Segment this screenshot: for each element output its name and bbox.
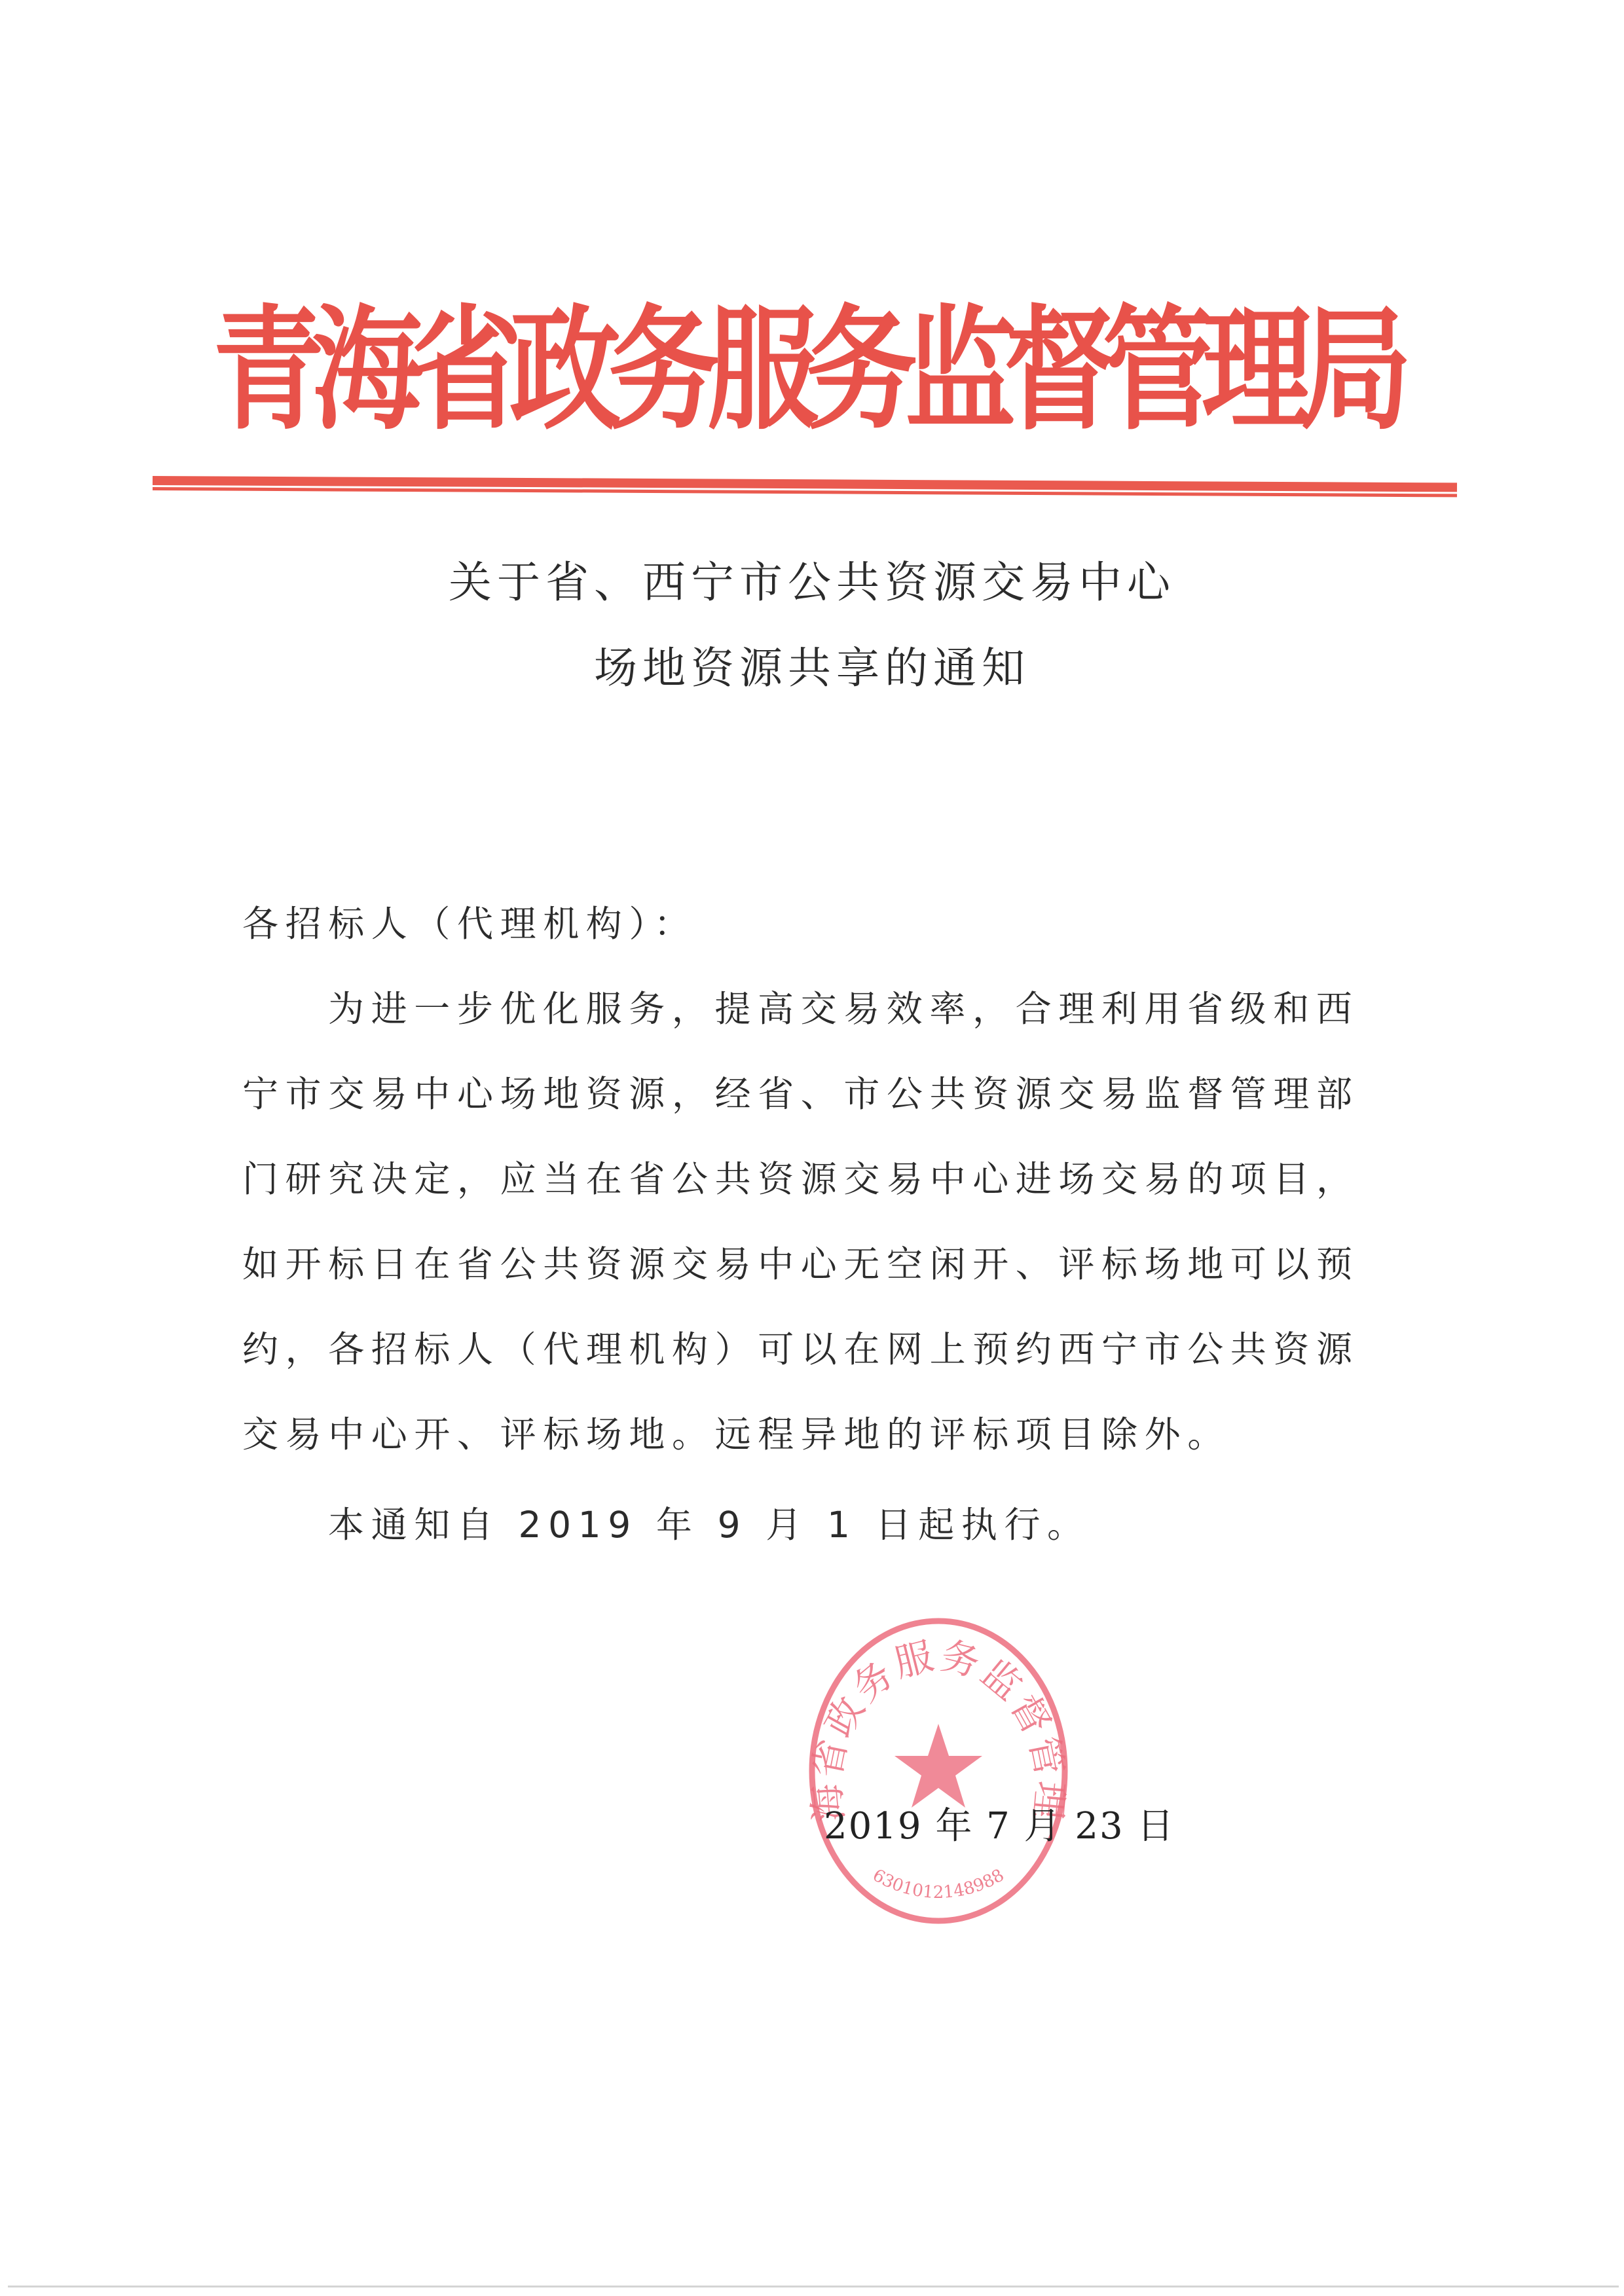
body-line: 约，各招标人（代理机构）可以在网上预约西宁市公共资源 (242, 1307, 1369, 1392)
body-line: 门研究决定，应当在省公共资源交易中心进场交易的项目， (242, 1137, 1369, 1222)
issue-date: 2019 年 7 月 23 日 (824, 1797, 1175, 1850)
body-line: 为进一步优化服务，提高交易效率，合理利用省级和西 (242, 966, 1369, 1051)
salutation: 各招标人（代理机构）： (242, 881, 1369, 966)
letterhead-char: 政 (509, 283, 608, 456)
body-line: 交易中心开、评标场地。远程异地的评标项目除外。 (242, 1392, 1369, 1477)
letterhead-issuer: 青 海 省 政 务 服 务 监 督 管 理 局 (213, 298, 1398, 442)
effective-date-notice: 本通知自 2019 年 9 月 1 日起执行。 (242, 1482, 1369, 1567)
seal-ring-text: 青海省政务服务监督管理局 (807, 1616, 1070, 1824)
body-line: 宁市交易中心场地资源，经省、市公共资源交易监督管理部 (242, 1051, 1369, 1137)
letterhead-char: 局 (1301, 283, 1399, 456)
seal-code: 6301012148988 (869, 1865, 1007, 1903)
letterhead-char: 务 (806, 283, 905, 456)
letterhead-char: 监 (905, 283, 1004, 456)
letterhead-char: 服 (707, 283, 806, 456)
document-title-line-2: 场地资源共享的通知 (0, 633, 1624, 695)
letterhead-char: 督 (1004, 283, 1103, 456)
official-seal: 青海省政务服务监督管理局 6301012148988 (807, 1616, 1070, 1926)
document-title-line-1: 关于省、西宁市公共资源交易中心 (0, 547, 1624, 610)
document-body: 各招标人（代理机构）： 为进一步优化服务，提高交易效率，合理利用省级和西 宁市交… (242, 881, 1369, 1567)
star-icon (895, 1724, 982, 1808)
letterhead-char: 海 (312, 283, 411, 456)
letterhead-char: 青 (213, 283, 312, 456)
letterhead-char: 务 (608, 283, 707, 456)
letterhead-char: 理 (1202, 283, 1301, 456)
body-line: 如开标日在省公共资源交易中心无空闲开、评标场地可以预 (242, 1222, 1369, 1307)
seal-graphic: 青海省政务服务监督管理局 6301012148988 (807, 1616, 1070, 1926)
letterhead-char: 管 (1103, 283, 1202, 456)
letterhead-char: 省 (411, 283, 509, 456)
page-bottom-edge (8, 2286, 1619, 2287)
